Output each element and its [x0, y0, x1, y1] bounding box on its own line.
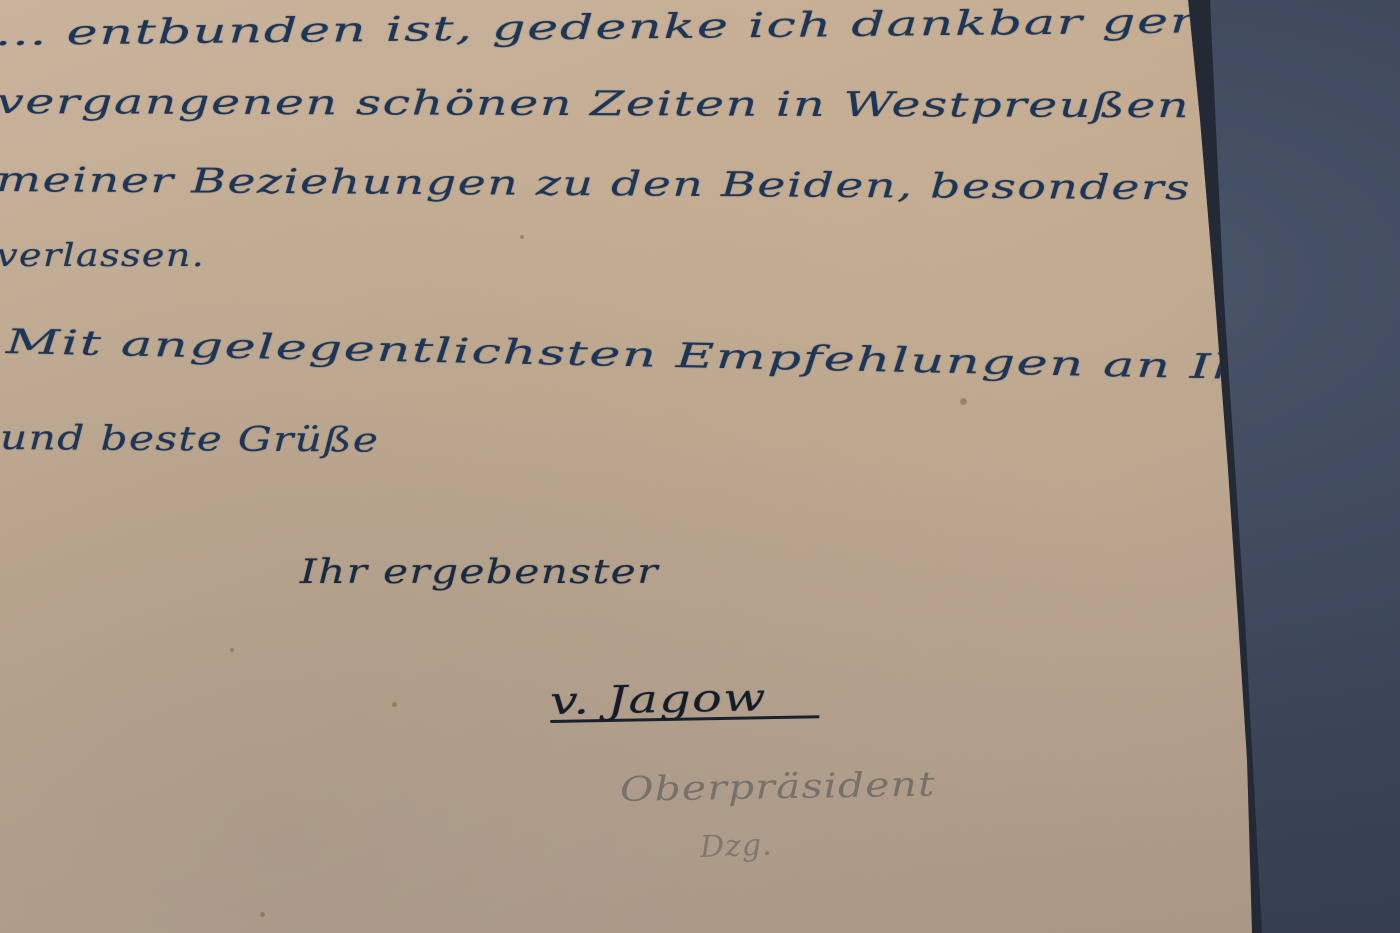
paper-speck [520, 235, 524, 239]
letter-line-5: Mit angelegentlichsten Empfehlungen an I… [6, 322, 1400, 398]
letter-closing: Ihr ergebenster [300, 552, 659, 592]
letter-line-3: meiner Beziehungen zu den Beiden, besond… [0, 160, 1337, 209]
pencil-annotation: Oberpräsident [620, 764, 936, 810]
photo-scene: … entbunden ist, gedenke ich dankbar ger… [0, 0, 1400, 933]
paper-speck [230, 648, 234, 652]
letter-line-4: verlassen. [0, 236, 205, 274]
paper-speck [960, 398, 967, 405]
letter-line-6: und beste Grüße [0, 418, 379, 461]
paper-speck [392, 702, 397, 707]
letter-line-1: … entbunden ist, gedenke ich dankbar ger… [0, 0, 1345, 54]
signature: v. Jagow [550, 677, 819, 723]
letter-paper: … entbunden ist, gedenke ich dankbar ger… [0, 0, 1400, 933]
letter-line-2: vergangenen schönen Zeiten in Westpreuße… [0, 82, 1400, 127]
paper-speck [260, 912, 265, 917]
pencil-annotation-2: Dzg. [699, 827, 773, 865]
